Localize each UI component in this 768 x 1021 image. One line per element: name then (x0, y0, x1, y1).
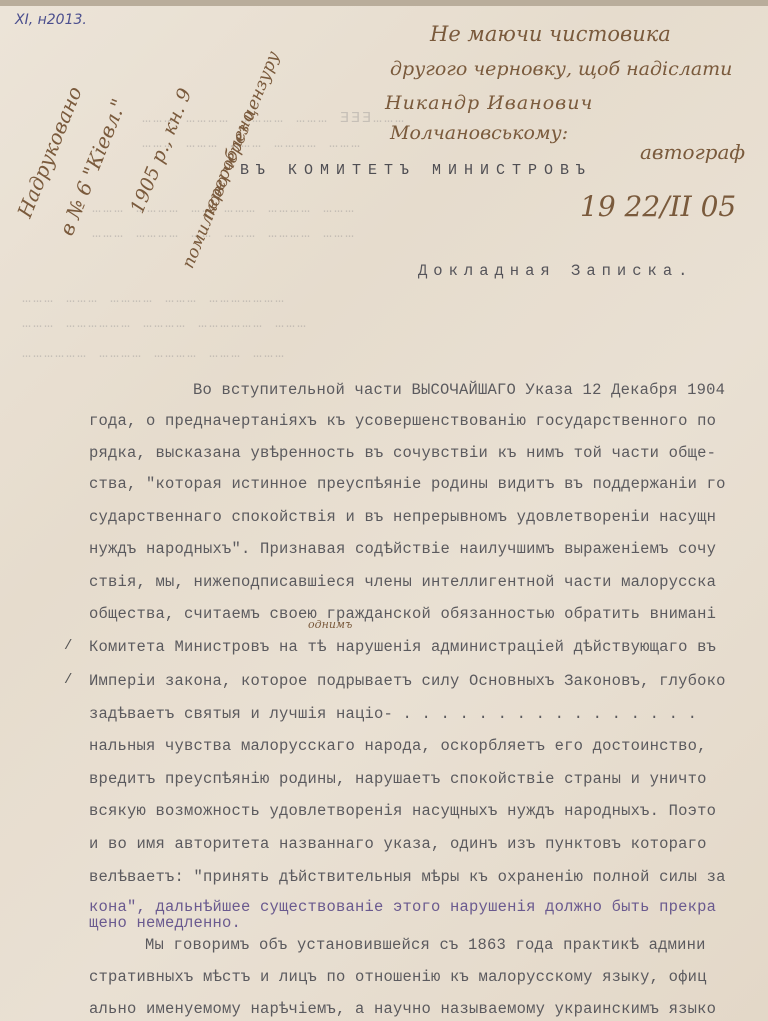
body-line: ства, "которая истинное преуспѣяніе роди… (89, 475, 726, 493)
body-line: вредитъ преуспѣянію родины, нарушаетъ сп… (89, 770, 707, 788)
bleed-through-text: ……… ……… ………… ………… ……………… (20, 345, 284, 362)
document-heading: Докладная Записка. (418, 262, 693, 280)
interlinear-insert: однимъ (308, 618, 352, 631)
body-line: нальныя чувства малорусскаго народа, оск… (89, 737, 707, 755)
body-line: Во вступительной части ВЫСОЧАЙШАГО Указа… (193, 381, 725, 399)
body-line: общества, считаемъ своею гражданской обя… (89, 605, 716, 623)
document-page: ………ЕЕЕ ……… ………… ………… ……… ……… ………… ……… ……… (0, 0, 768, 1021)
body-line: Комитета Министровъ на тѣ нарушенія адми… (89, 638, 716, 656)
body-line: ально именуемому нарѣчіемъ, а научно наз… (89, 1000, 716, 1018)
archive-number: XI, н2013. (15, 12, 87, 28)
body-line: задѣваетъ святыя и лучшія націо- . . . .… (89, 705, 697, 723)
body-line: Мы говоримъ объ установившейся съ 1863 г… (145, 936, 706, 954)
bleed-through-text: ……… ……………… ………… ……………… ……… (20, 315, 306, 332)
body-line: ствія, мы, нижеподписавшіеся члены интел… (89, 573, 716, 591)
body-line: и во имя авторитета названнаго указа, од… (89, 835, 707, 853)
note-line: Не маючи чистовика (430, 22, 671, 46)
body-line: всякую возможность удовлетворенія насущн… (89, 802, 716, 820)
addressee: ВЪ КОМИТЕТЪ МИНИСТРОВЪ (240, 162, 592, 179)
note-date: 19 22/II 05 (580, 190, 736, 223)
body-line: щено немедленно. (89, 914, 241, 932)
body-line: сударственнаго спокойствія и въ непрерыв… (89, 508, 716, 526)
note-signature: автограф (640, 140, 745, 164)
bleed-through-text: ……… ………… ……… …… ………… ……… (90, 225, 354, 242)
body-line: нуждъ народныхъ". Признавая содѣйствіе н… (89, 540, 716, 558)
body-line: года, о предначертаніяхъ къ усовершенств… (89, 412, 716, 430)
body-line: велѣваетъ: "принять дѣйствительныя мѣры … (89, 868, 726, 886)
note-line: другого черновку, щоб надіслати (390, 58, 732, 80)
margin-tick: / (64, 672, 72, 688)
note-line: Молчановському: (390, 122, 568, 144)
body-line: Имперіи закона, которое подрываетъ силу … (89, 672, 726, 690)
margin-tick: / (64, 638, 72, 654)
note-line: Никандр Иванович (385, 92, 593, 114)
page-top-edge (0, 0, 768, 6)
body-line: рядка, высказана увѣренность въ сочувств… (89, 444, 716, 462)
bleed-through-text: ………………… ……… ………… ……… ……… (20, 290, 284, 307)
body-line: стративныхъ мѣстъ и лицъ по отношенію къ… (89, 968, 707, 986)
